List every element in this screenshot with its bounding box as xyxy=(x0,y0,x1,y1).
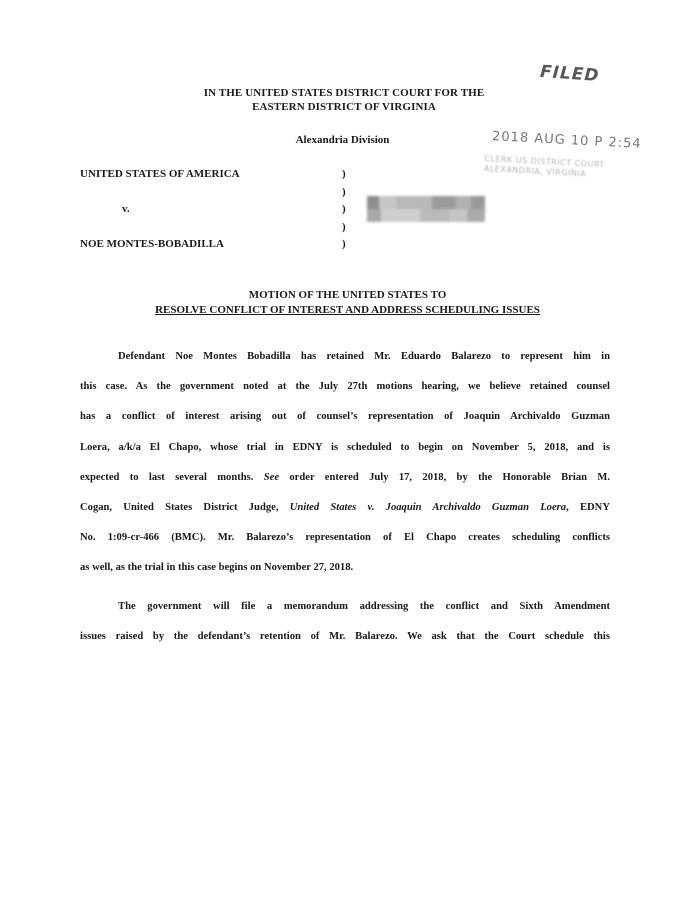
filed-stamp-date: 2018 AUG 10 P 2:54 xyxy=(492,129,642,152)
body-line: expected to last several months. See ord… xyxy=(80,463,610,493)
motion-title-line2: RESOLVE CONFLICT OF INTEREST AND ADDRESS… xyxy=(90,303,605,318)
body-line: The government will file a memorandum ad… xyxy=(80,592,610,622)
versus-label: v. xyxy=(80,201,240,219)
caption-bracket: ) xyxy=(342,219,346,237)
caption-brackets: ) ) ) ) ) xyxy=(342,166,346,254)
body-text-span: Cogan, United States District Judge, xyxy=(80,502,290,513)
body-line: has a conflict of interest arising out o… xyxy=(80,402,610,432)
court-district: EASTERN DISTRICT OF VIRGINIA xyxy=(170,100,518,114)
citation-signal: See xyxy=(264,472,279,483)
court-name: IN THE UNITED STATES DISTRICT COURT FOR … xyxy=(170,86,518,100)
body-line: No. 1:09-cr-466 (BMC). Mr. Balarezo’s re… xyxy=(80,523,610,553)
defendant-name: NOE MONTES-BOBADILLA xyxy=(80,236,240,254)
body-line: Cogan, United States District Judge, Uni… xyxy=(80,493,610,523)
court-division: Alexandria Division xyxy=(270,134,415,146)
plaintiff-name: UNITED STATES OF AMERICA xyxy=(80,166,240,184)
body-line: issues raised by the defendant’s retenti… xyxy=(80,622,610,652)
redacted-case-number xyxy=(367,196,485,222)
caption-bracket: ) xyxy=(342,166,346,184)
document-page: FILED 2018 AUG 10 P 2:54 CLERK US DISTRI… xyxy=(0,0,693,900)
motion-title-line1: MOTION OF THE UNITED STATES TO xyxy=(90,288,605,303)
body-line: Defendant Noe Montes Bobadilla has retai… xyxy=(80,342,610,372)
body-line: as well, as the trial in this case begin… xyxy=(80,553,610,583)
body-text-span: , EDNY xyxy=(566,502,610,513)
caption-bracket: ) xyxy=(342,184,346,202)
paragraph-2: The government will file a memorandum ad… xyxy=(80,592,610,652)
body-text-span: order entered July 17, 2018, by the Hono… xyxy=(279,472,610,483)
caption-bracket: ) xyxy=(342,201,346,219)
body-line: Loera, a/k/a El Chapo, whose trial in ED… xyxy=(80,433,610,463)
body-text-span: expected to last several months. xyxy=(80,472,264,483)
body-line: this case. As the government noted at th… xyxy=(80,372,610,402)
case-caption: UNITED STATES OF AMERICA v. NOE MONTES-B… xyxy=(80,166,240,254)
motion-body: Defendant Noe Montes Bobadilla has retai… xyxy=(80,342,610,652)
court-header: IN THE UNITED STATES DISTRICT COURT FOR … xyxy=(170,86,518,114)
clerk-stamp: CLERK US DISTRICT COURT ALEXANDRIA, VIRG… xyxy=(484,154,635,182)
filed-stamp: FILED xyxy=(539,62,600,86)
motion-title: MOTION OF THE UNITED STATES TO RESOLVE C… xyxy=(90,288,605,318)
caption-bracket: ) xyxy=(342,236,346,254)
case-citation: United States v. Joaquin Archivaldo Guzm… xyxy=(290,502,566,513)
